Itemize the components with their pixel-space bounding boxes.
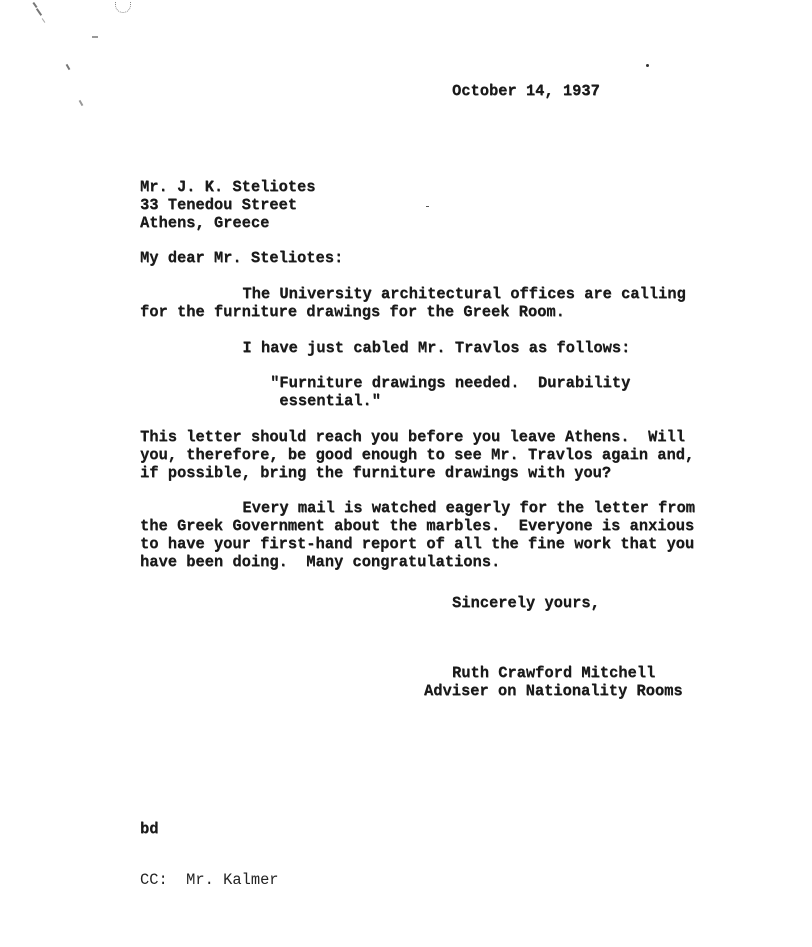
paragraph-4-line-4: have been doing. Many congratulations. — [140, 553, 500, 571]
paragraph-3-line-3: if possible, bring the furniture drawing… — [140, 464, 611, 482]
quote-line-2: essential." — [150, 392, 381, 410]
paragraph-2-line-1: I have just cabled Mr. Travlos as follow… — [150, 339, 630, 357]
recipient-street: 33 Tenedou Street — [140, 196, 297, 214]
paragraph-4-line-3: to have your first-hand report of all th… — [140, 535, 694, 553]
paragraph-1-line-2: for the furniture drawings for the Greek… — [140, 303, 565, 321]
scan-speck — [426, 206, 429, 207]
scan-speck — [66, 64, 71, 70]
scan-speck — [79, 100, 84, 106]
scan-speck — [92, 36, 98, 38]
salutation: My dear Mr. Steliotes: — [140, 249, 343, 267]
scan-speck — [36, 8, 42, 16]
paragraph-4-line-2: the Greek Government about the marbles. … — [140, 517, 694, 535]
paragraph-3-line-1: This letter should reach you before you … — [140, 428, 685, 446]
scan-speck — [646, 64, 649, 67]
letter-page: October 14, 1937 Mr. J. K. Steliotes 33 … — [0, 0, 812, 947]
signature-name: Ruth Crawford Mitchell — [452, 664, 655, 682]
paragraph-4-line-1: Every mail is watched eagerly for the le… — [150, 499, 695, 517]
signature-title: Adviser on Nationality Rooms — [424, 682, 683, 700]
paragraph-3-line-2: you, therefore, be good enough to see Mr… — [140, 446, 694, 464]
recipient-name: Mr. J. K. Steliotes — [140, 178, 315, 196]
cc-line: CC: Mr. Kalmer — [140, 871, 279, 889]
recipient-city: Athens, Greece — [140, 214, 269, 232]
scan-speck — [115, 2, 131, 13]
paragraph-1-line-1: The University architectural offices are… — [150, 285, 686, 303]
quote-line-1: "Furniture drawings needed. Durability — [150, 374, 630, 392]
closing: Sincerely yours, — [452, 594, 600, 612]
scan-speck — [42, 18, 46, 23]
letter-date: October 14, 1937 — [452, 82, 600, 100]
typist-initials: bd — [140, 820, 158, 838]
